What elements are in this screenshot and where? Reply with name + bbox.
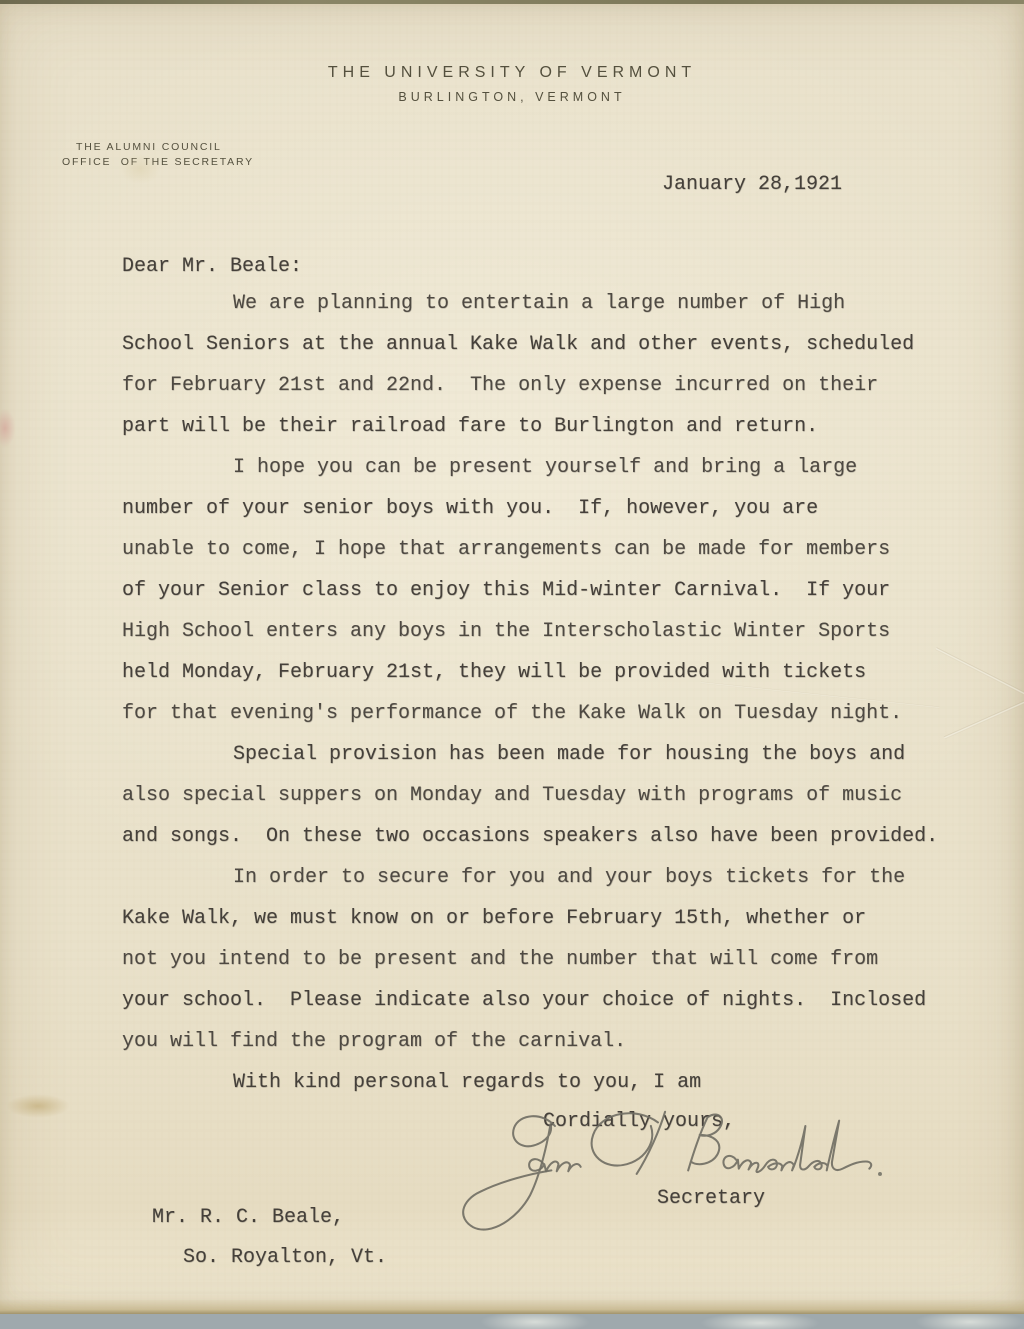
letter-body-line: for February 21st and 22nd. The only exp…: [122, 374, 982, 415]
letter-body-line: Special provision has been made for hous…: [122, 743, 982, 784]
letterhead-university: THE UNIVERSITY OF VERMONT: [0, 64, 1024, 82]
letter-paper: THE UNIVERSITY OF VERMONT BURLINGTON, VE…: [0, 4, 1024, 1312]
scan-top-edge: [0, 0, 1024, 4]
letter-body-line: you will find the program of the carniva…: [122, 1030, 982, 1071]
letter-body-line: and songs. On these two occasions speake…: [122, 825, 982, 866]
letter-body-line: High School enters any boys in the Inter…: [122, 620, 982, 661]
letter-body-line: held Monday, February 21st, they will be…: [122, 661, 982, 702]
backdrop-patch: [700, 1312, 820, 1329]
paper-stain: [0, 408, 16, 448]
letter-body-line: With kind personal regards to you, I am: [122, 1071, 982, 1112]
letter-body-line: Kake Walk, we must know on or before Feb…: [122, 907, 982, 948]
letter-body: We are planning to entertain a large num…: [122, 292, 982, 1112]
signature-title: Secretary: [657, 1188, 765, 1210]
letter-closing: Cordially yours,: [543, 1111, 735, 1133]
letter-body-line: School Seniors at the annual Kake Walk a…: [122, 333, 982, 374]
letter-body-line: also special suppers on Monday and Tuesd…: [122, 784, 982, 825]
letter-body-line: unable to come, I hope that arrangements…: [122, 538, 982, 579]
letter-body-line: for that evening's performance of the Ka…: [122, 702, 982, 743]
letter-body-line: part will be their railroad fare to Burl…: [122, 415, 982, 456]
paper-bottom-edge: [0, 1310, 1024, 1314]
letterhead-city: BURLINGTON, VERMONT: [0, 90, 1024, 104]
scanned-letter: THE UNIVERSITY OF VERMONT BURLINGTON, VE…: [0, 0, 1024, 1329]
letter-date: January 28,1921: [662, 174, 842, 196]
letter-body-line: your school. Please indicate also your c…: [122, 989, 982, 1030]
letter-salutation: Dear Mr. Beale:: [122, 256, 302, 278]
recipient-name: Mr. R. C. Beale,: [152, 1207, 344, 1229]
paper-stain: [6, 1094, 70, 1118]
letterhead-department-line1: THE ALUMNI COUNCIL: [76, 141, 222, 153]
recipient-address: So. Royalton, Vt.: [183, 1247, 387, 1269]
letter-body-line: I hope you can be present yourself and b…: [122, 456, 982, 497]
letter-body-line: We are planning to entertain a large num…: [122, 292, 982, 333]
letterhead-department-line2: OFFICE OF THE SECRETARY: [62, 156, 254, 168]
letter-body-line: In order to secure for you and your boys…: [122, 866, 982, 907]
letter-body-line: of your Senior class to enjoy this Mid-w…: [122, 579, 982, 620]
letter-body-line: number of your senior boys with you. If,…: [122, 497, 982, 538]
letter-body-line: not you intend to be present and the num…: [122, 948, 982, 989]
